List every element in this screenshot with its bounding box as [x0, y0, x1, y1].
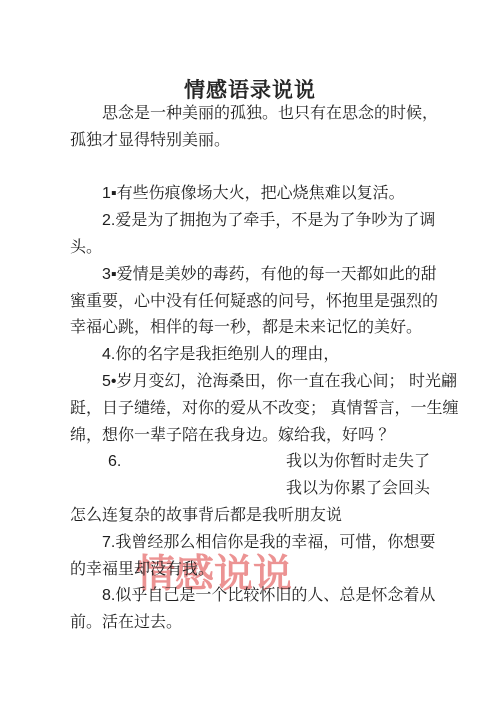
text-line-blank [70, 155, 430, 182]
text-line: 5•岁月变幻，沧海桑田，你一直在我心间； 时光翩 [70, 369, 430, 396]
text-line: 幸福心跳，相伴的每一秒，都是未来记忆的美好。 [70, 315, 430, 342]
text-line: 3▪爱情是美妙的毒药，有他的每一天都如此的甜 [70, 262, 430, 289]
text-line: 前。活在过去。 [70, 610, 430, 637]
text-line: 4.你的名字是我拒绝别人的理由， [70, 342, 430, 369]
text-line: 我以为你累了会回头 [70, 476, 430, 503]
text-line: 绵，想你一辈子陪在我身边。嫁给我，好吗 ？ [70, 423, 430, 450]
text-line: 6. 我以为你暂时走失了 [70, 449, 430, 476]
text-line: 2.爱是为了拥抱为了牵手，不是为了争吵为了调 [70, 208, 430, 235]
text-line: 1▪有些伤痕像场大火，把心烧焦难以复活。 [70, 181, 430, 208]
list-number: 6. [108, 449, 121, 476]
page-title: 情感语录说说 [0, 74, 500, 104]
text-line: 蜜重要，心中没有任何疑惑的问号，怀抱里是强烈的 [70, 289, 430, 316]
text-line: 跹，日子缱绻，对你的爱从不改变； 真情誓言，一生缠 [70, 396, 430, 423]
text-line: 思念是一种美丽的孤独。也只有在思念的时候， [70, 101, 430, 128]
text-line: 怎么连复杂的故事背后都是我听朋友说 [70, 503, 430, 530]
text-line: 头。 [70, 235, 430, 262]
text-line: 的幸福里却没有我。 [70, 557, 430, 584]
text-line: 7.我曾经那么相信你是我的幸福，可惜，你想要 [70, 530, 430, 557]
document-page: 情感说说 情感语录说说 思念是一种美丽的孤独。也只有在思念的时候， 孤独才显得特… [0, 0, 500, 708]
text-line: 8.似乎自己是一个比较怀旧的人、总是怀念着从 [70, 583, 430, 610]
text-line: 孤独才显得特别美丽。 [70, 128, 430, 155]
text-line-right: 我以为你暂时走失了 [286, 449, 430, 476]
document-body: 思念是一种美丽的孤独。也只有在思念的时候， 孤独才显得特别美丽。 1▪有些伤痕像… [70, 101, 430, 637]
